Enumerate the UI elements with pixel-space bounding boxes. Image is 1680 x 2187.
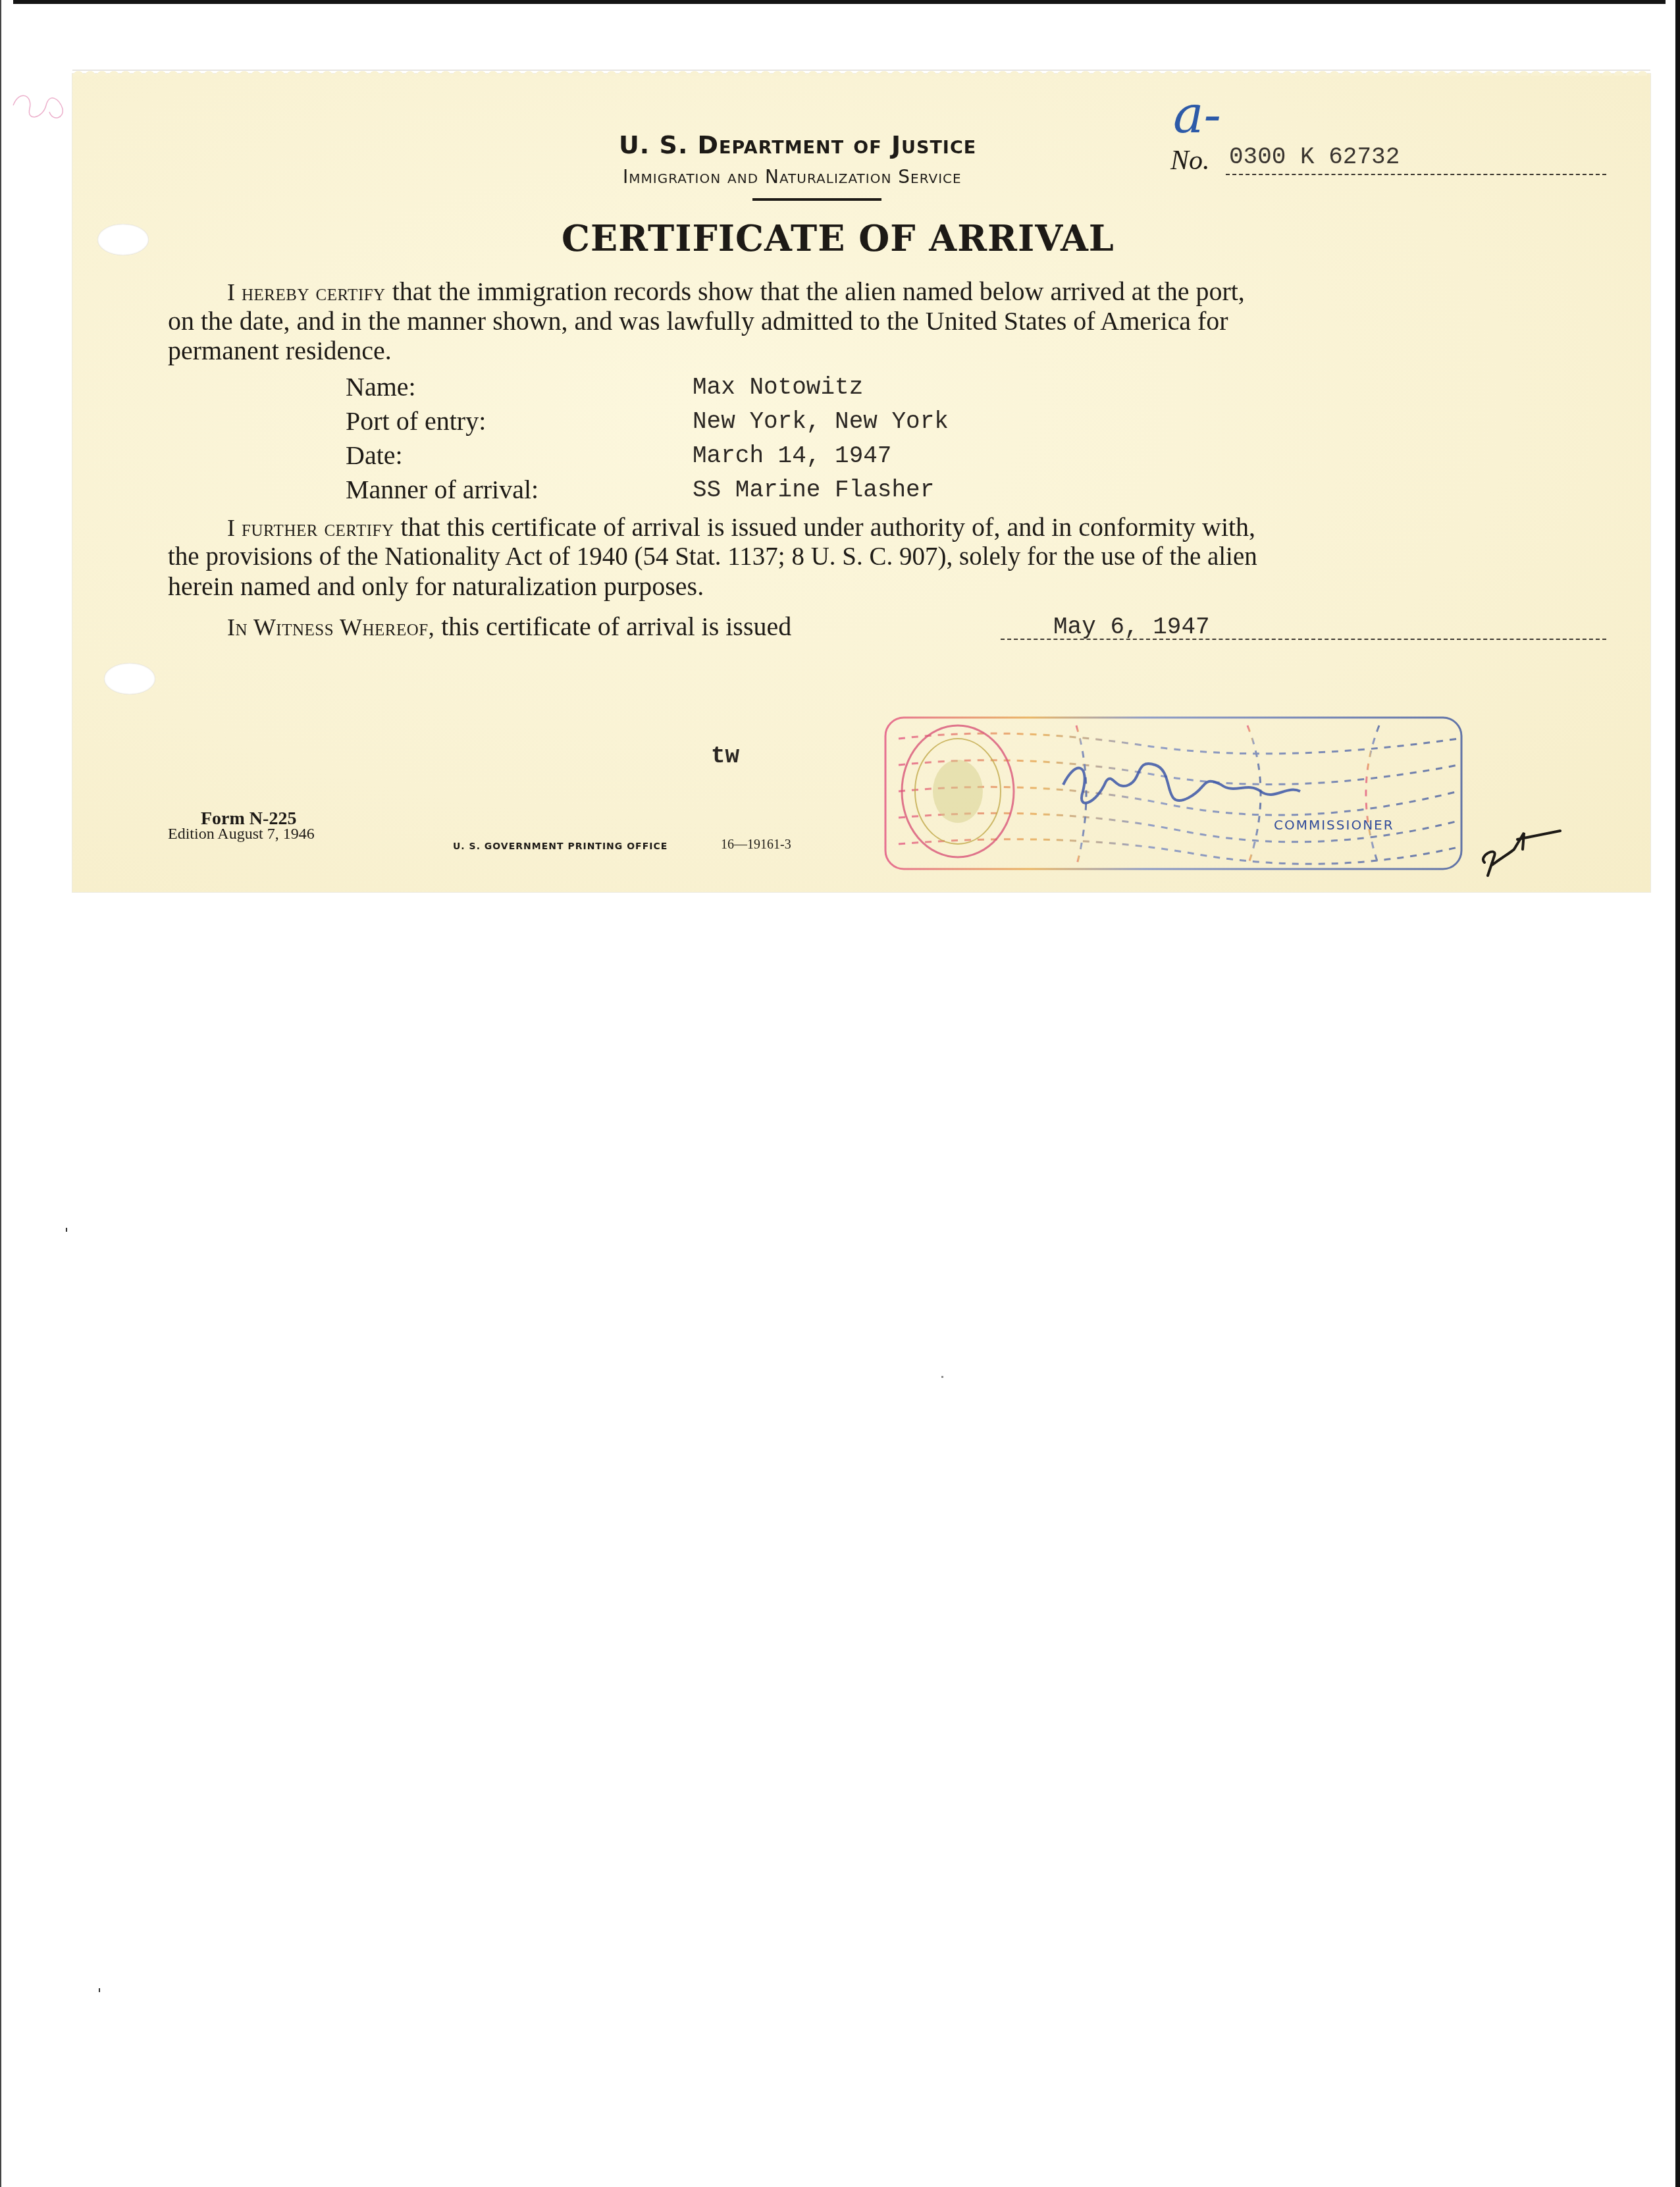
scan-border-top [13, 0, 1666, 4]
further-lead: I further certify [227, 515, 394, 541]
form-edition: Edition August 7, 1946 [168, 826, 315, 843]
witness-lead: In Witness Whereof, [227, 614, 434, 641]
stamp-title: COMMISSIONER [1274, 817, 1394, 833]
service-name: Immigration and Naturalization Service [623, 166, 962, 188]
witness-date: May 6, 1947 [1053, 614, 1210, 641]
certify-paragraph-line1: I hereby certify that the immigration re… [227, 277, 1245, 307]
further-paragraph-line3: herein named and only for naturalization… [168, 571, 704, 601]
handwritten-note: a- [1173, 86, 1221, 145]
certificate-number-value: 0300 K 62732 [1229, 144, 1400, 171]
certify-lead: I hereby certify [227, 279, 386, 305]
printing-office: U. S. GOVERNMENT PRINTING OFFICE [453, 841, 668, 852]
certificate-number-line [1226, 174, 1606, 175]
typist-initials: tw [711, 743, 739, 770]
scan-speck [941, 1376, 943, 1378]
punch-hole-top [97, 224, 149, 255]
witness-date-line [1001, 639, 1606, 640]
further-paragraph-line2: the provisions of the Nationality Act of… [168, 542, 1257, 571]
field-label-manner: Manner of arrival: [346, 474, 538, 505]
field-value-name: Max Notowitz [693, 374, 863, 401]
certify-line1-text: that the immigration records show that t… [392, 277, 1245, 306]
commissioner-stamp: COMMISSIONER [879, 712, 1475, 877]
witness-line: In Witness Whereof, this certificate of … [227, 612, 791, 643]
stamp-graphic: COMMISSIONER [879, 712, 1475, 877]
scan-border-right [1675, 0, 1680, 2187]
scan-speck [99, 1988, 100, 1992]
stray-pink-scribble-icon [7, 82, 69, 128]
certify-paragraph-line2: on the date, and in the manner shown, an… [168, 306, 1228, 336]
field-value-port: New York, New York [693, 408, 949, 435]
further-paragraph-line1: I further certify that this certificate … [227, 512, 1255, 543]
field-label-name: Name: [346, 371, 416, 402]
witness-text: this certificate of arrival is issued [441, 612, 791, 641]
justice-seal-icon [902, 725, 1014, 857]
department-name: U. S. Department of Justice [619, 130, 976, 159]
field-label-port: Port of entry: [346, 406, 486, 436]
certify-paragraph-line3: permanent residence. [168, 336, 392, 365]
scan-border-left [0, 0, 1, 2187]
header-rule [752, 198, 881, 201]
field-label-date: Date: [346, 440, 403, 471]
certificate-number-label: No. [1170, 145, 1210, 176]
scan-speck [66, 1228, 67, 1232]
field-value-date: March 14, 1947 [693, 442, 891, 469]
further-line1-text: that this certificate of arrival is issu… [401, 512, 1256, 542]
field-value-manner: SS Marine Flasher [693, 477, 934, 504]
handwritten-initials-mark-icon [1478, 823, 1567, 882]
punch-hole-bottom [104, 663, 155, 695]
print-code: 16—19161-3 [721, 837, 791, 853]
signature-path [1063, 764, 1300, 803]
certificate-title: CERTIFICATE OF ARRIVAL [562, 217, 1115, 259]
